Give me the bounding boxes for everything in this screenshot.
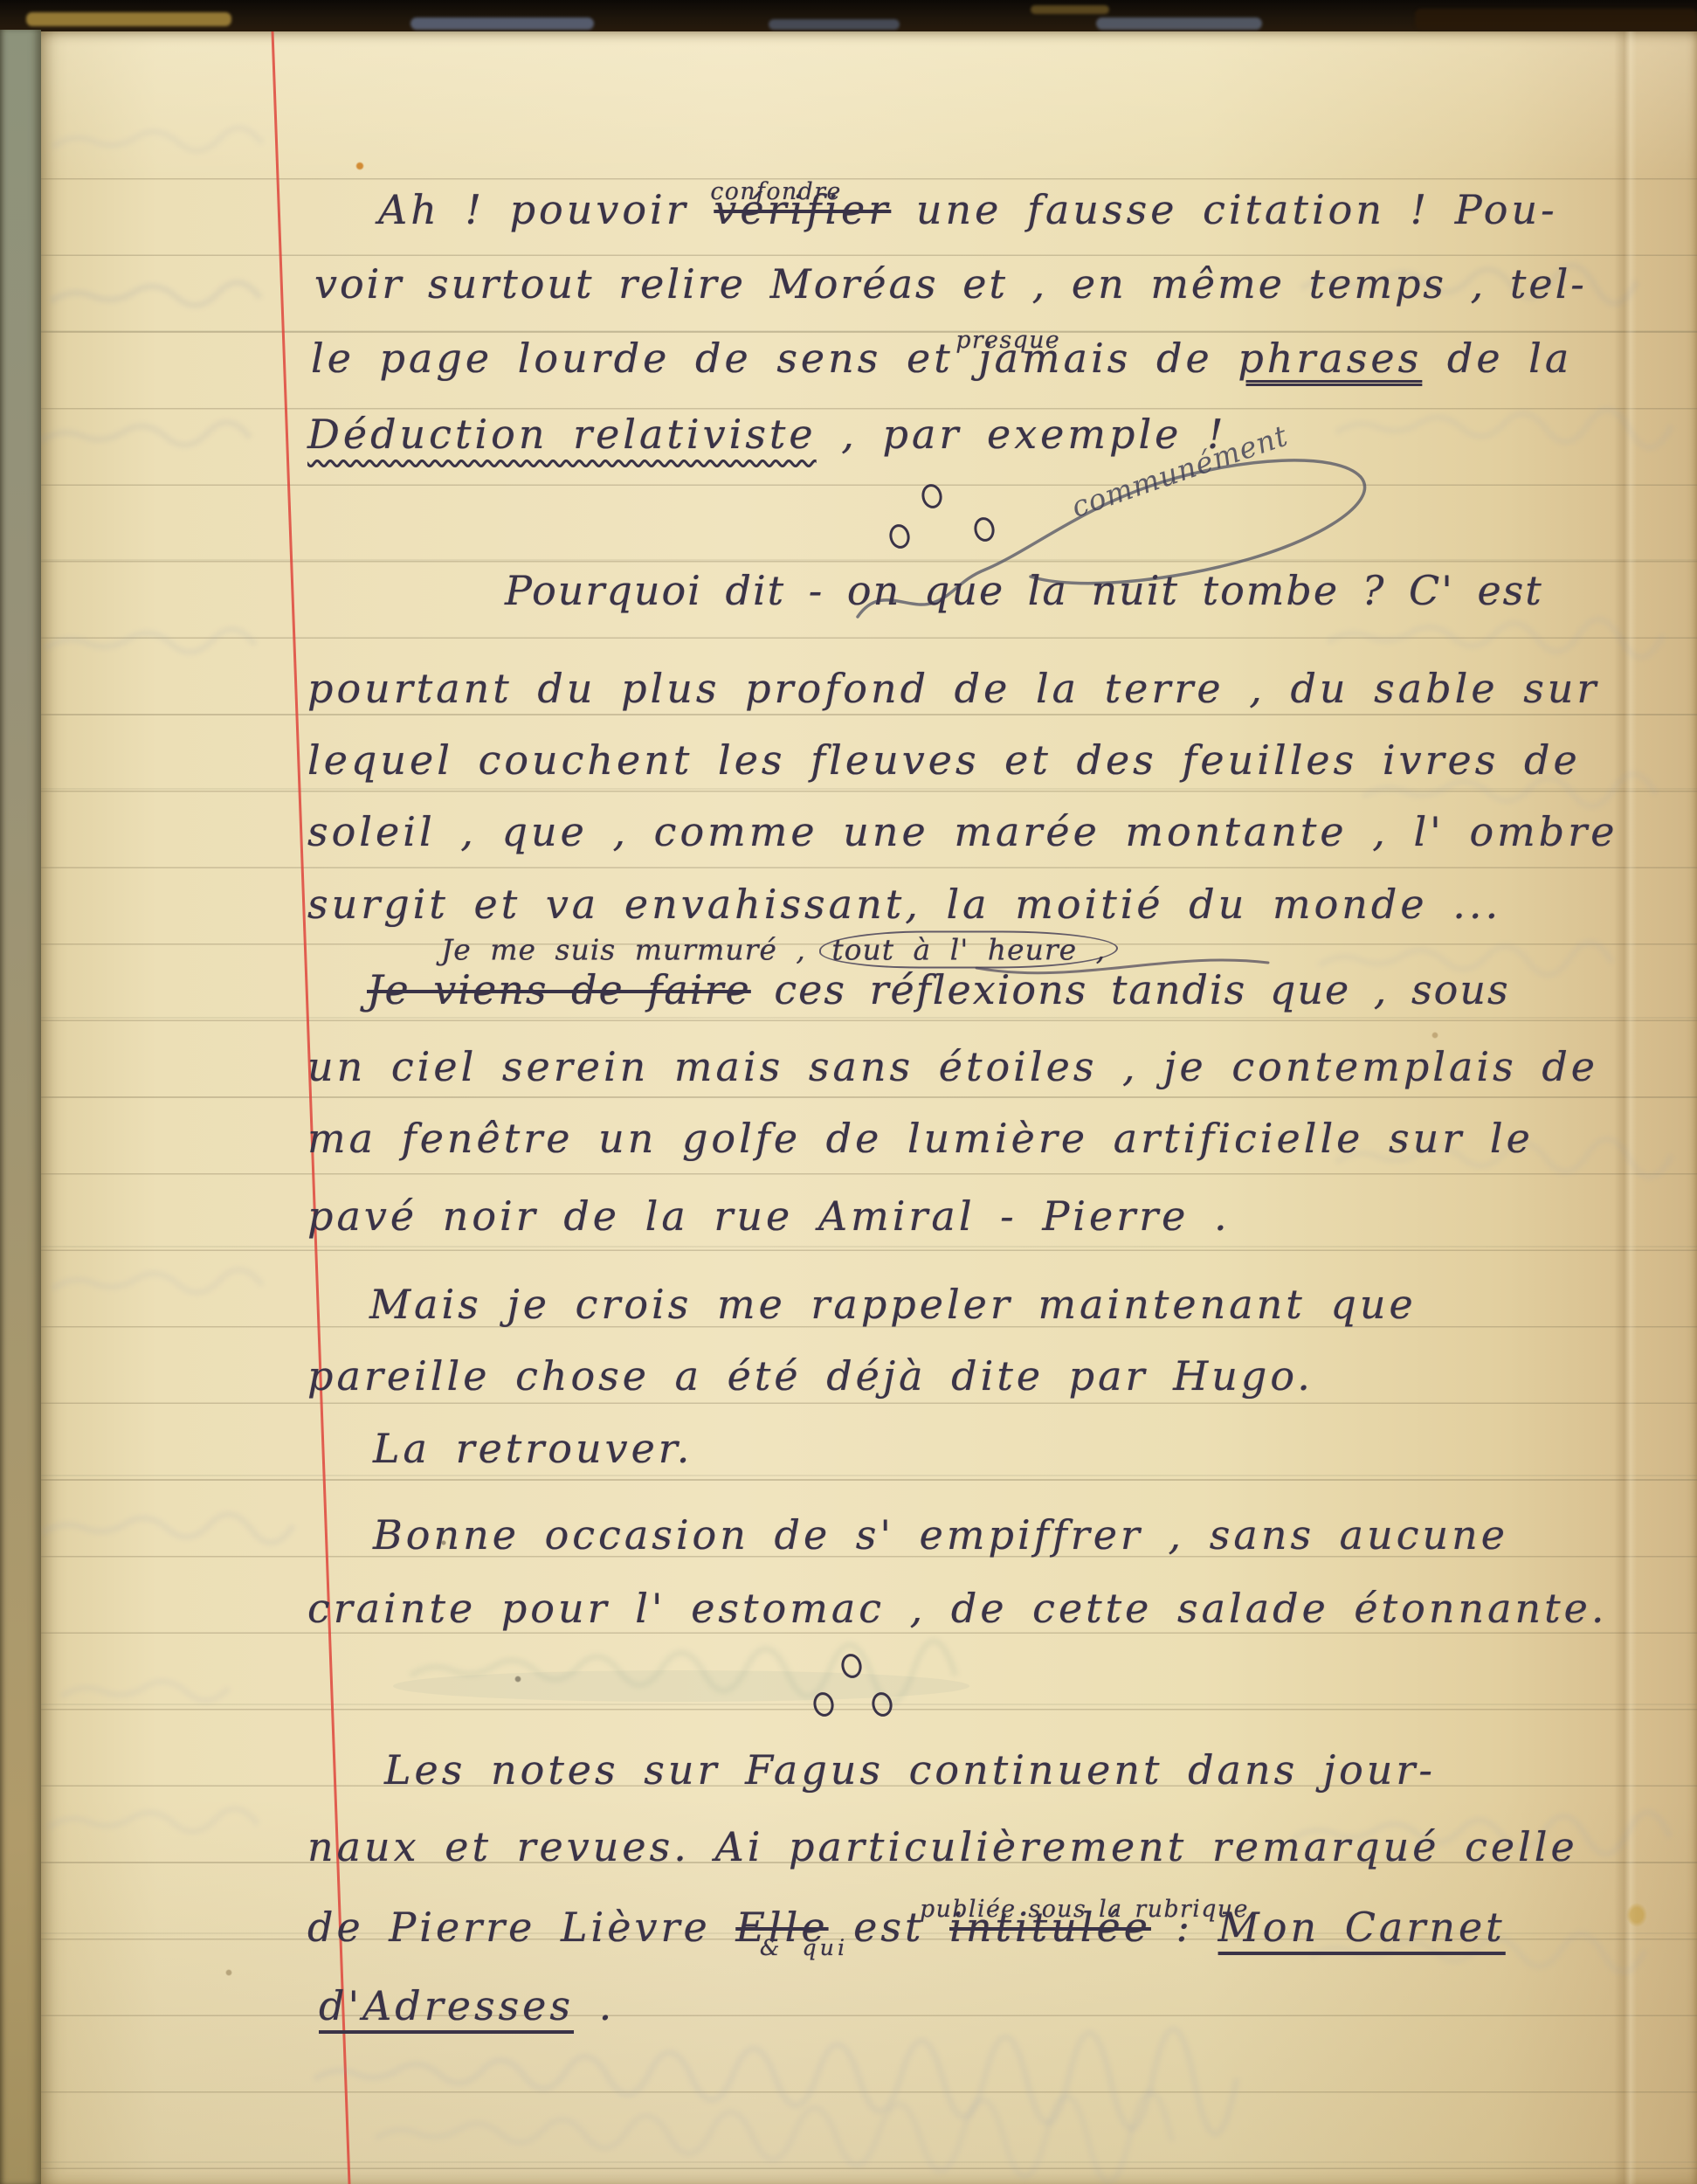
text-segment: un ciel serein mais sans étoiles , je co… xyxy=(307,1043,1598,1090)
separator-circle xyxy=(887,522,912,550)
manuscript-line: pourtant du plus profond de la terre , d… xyxy=(307,665,1599,712)
text-segment: Déduction relativiste xyxy=(307,411,817,458)
manuscript-line: Déduction relativiste , par exemple ! xyxy=(307,411,1226,458)
text-segment: voir surtout relire Moréas et , en même … xyxy=(314,260,1587,308)
text-segment: lequel couchent les fleuves et des feuil… xyxy=(307,736,1581,784)
separator-circle xyxy=(839,1652,864,1680)
separator-circle xyxy=(811,1690,836,1718)
correction-group: vérifierconfondre xyxy=(714,186,891,233)
manuscript-line: le page lourde de sens et jamaispresque … xyxy=(311,335,1572,382)
manuscript-line: d'Adresses . xyxy=(319,1982,615,2029)
manuscript-line: ma fenêtre un golfe de lumière artificie… xyxy=(307,1115,1534,1162)
text-segment: phrases xyxy=(1238,335,1422,382)
manuscript-line: soleil , que , comme une marée montante … xyxy=(307,808,1618,855)
text-segment: Les notes sur Fagus continuent dans jour… xyxy=(384,1746,1436,1794)
manuscript-line: naux et revues. Ai particulièrement rema… xyxy=(307,1823,1578,1870)
correction-group: Elle& qui xyxy=(735,1904,828,1951)
text-segment: de Pierre Lièvre xyxy=(307,1904,735,1951)
text-segment: . xyxy=(574,1982,615,2029)
text-segment: pavé noir de la rue Amiral - Pierre . xyxy=(307,1192,1231,1240)
manuscript-line: La retrouver. xyxy=(373,1425,693,1472)
manuscript-line: lequel couchent les fleuves et des feuil… xyxy=(307,736,1581,784)
manuscript-line: Je me suis murmuré , tout à l' heure , xyxy=(441,931,1113,969)
text-segment: d'Adresses xyxy=(319,1982,574,2029)
manuscript-line: Bonne occasion de s' empiffrer , sans au… xyxy=(373,1511,1508,1559)
text-segment: de la xyxy=(1422,335,1572,382)
manuscript-line: pareille chose a été déjà dite par Hugo. xyxy=(307,1352,1314,1400)
text-segment: surgit et va envahissant, la moitié du m… xyxy=(307,881,1501,928)
text-segment: Mais je crois me rappeler maintenant que xyxy=(369,1281,1417,1328)
text-segment: ma fenêtre un golfe de lumière artificie… xyxy=(307,1115,1534,1162)
manuscript-line: surgit et va envahissant, la moitié du m… xyxy=(307,881,1501,928)
manuscript-line: Ah ! pouvoir vérifierconfondre une fauss… xyxy=(378,186,1558,233)
inserted-word-above: publiée sous la rubrique xyxy=(920,1896,1249,1923)
manuscript-line: crainte pour l' estomac , de cette salad… xyxy=(307,1585,1607,1632)
inserted-word-below: & qui xyxy=(760,1935,848,1960)
text-segment: La retrouver. xyxy=(373,1425,693,1472)
manuscript-line: pavé noir de la rue Amiral - Pierre . xyxy=(307,1192,1231,1240)
inserted-word-above: confondre xyxy=(710,178,841,205)
handwriting-layer: Ah ! pouvoir vérifierconfondre une fauss… xyxy=(0,0,1697,2184)
text-segment: Mon Carnet xyxy=(1218,1904,1506,1951)
text-segment: , par exemple ! xyxy=(817,411,1227,458)
text-segment: Ah ! pouvoir xyxy=(378,186,714,233)
text-segment: Bonne occasion de s' empiffrer , sans au… xyxy=(373,1511,1508,1559)
manuscript-line: de Pierre Lièvre Elle& qui est intitulée… xyxy=(307,1904,1506,1951)
inserted-word-above: presque xyxy=(955,327,1060,354)
text-segment: tout à l' heure , xyxy=(819,931,1118,969)
text-segment: une fausse citation ! Pou- xyxy=(891,186,1557,233)
text-segment: le page lourde de sens et xyxy=(311,335,978,382)
manuscript-line: Mais je crois me rappeler maintenant que xyxy=(369,1281,1417,1328)
text-segment: pareille chose a été déjà dite par Hugo. xyxy=(307,1352,1314,1400)
manuscript-line: un ciel serein mais sans étoiles , je co… xyxy=(307,1043,1598,1090)
text-segment: Pourquoi dit - on que la nuit tombe ? C'… xyxy=(505,567,1543,614)
text-segment: soleil , que , comme une marée montante … xyxy=(307,808,1618,855)
text-segment: de xyxy=(1131,335,1238,382)
manuscript-line: Je viens de faire ces réflexions tandis … xyxy=(367,966,1510,1013)
book-top-edge xyxy=(0,0,1697,31)
text-segment: crainte pour l' estomac , de cette salad… xyxy=(307,1585,1607,1632)
text-segment: naux et revues. Ai particulièrement rema… xyxy=(307,1823,1578,1870)
manuscript-line: Pourquoi dit - on que la nuit tombe ? C'… xyxy=(505,567,1543,614)
text-segment: Je me suis murmuré , xyxy=(441,933,824,967)
manuscript-line: Les notes sur Fagus continuent dans jour… xyxy=(384,1746,1436,1794)
separator-circle xyxy=(920,482,944,510)
book-cover-edge xyxy=(0,30,41,2184)
separator-circle xyxy=(870,1690,894,1718)
text-segment: ces réflexions tandis que , sous xyxy=(751,966,1510,1013)
correction-group: jamaispresque xyxy=(978,335,1131,382)
text-segment: Je viens de faire xyxy=(367,966,751,1013)
text-segment: pourtant du plus profond de la terre , d… xyxy=(307,665,1599,712)
separator-circle xyxy=(972,515,997,543)
manuscript-line: voir surtout relire Moréas et , en même … xyxy=(314,260,1587,308)
correction-group: intituléepubliée sous la rubrique xyxy=(949,1904,1151,1951)
